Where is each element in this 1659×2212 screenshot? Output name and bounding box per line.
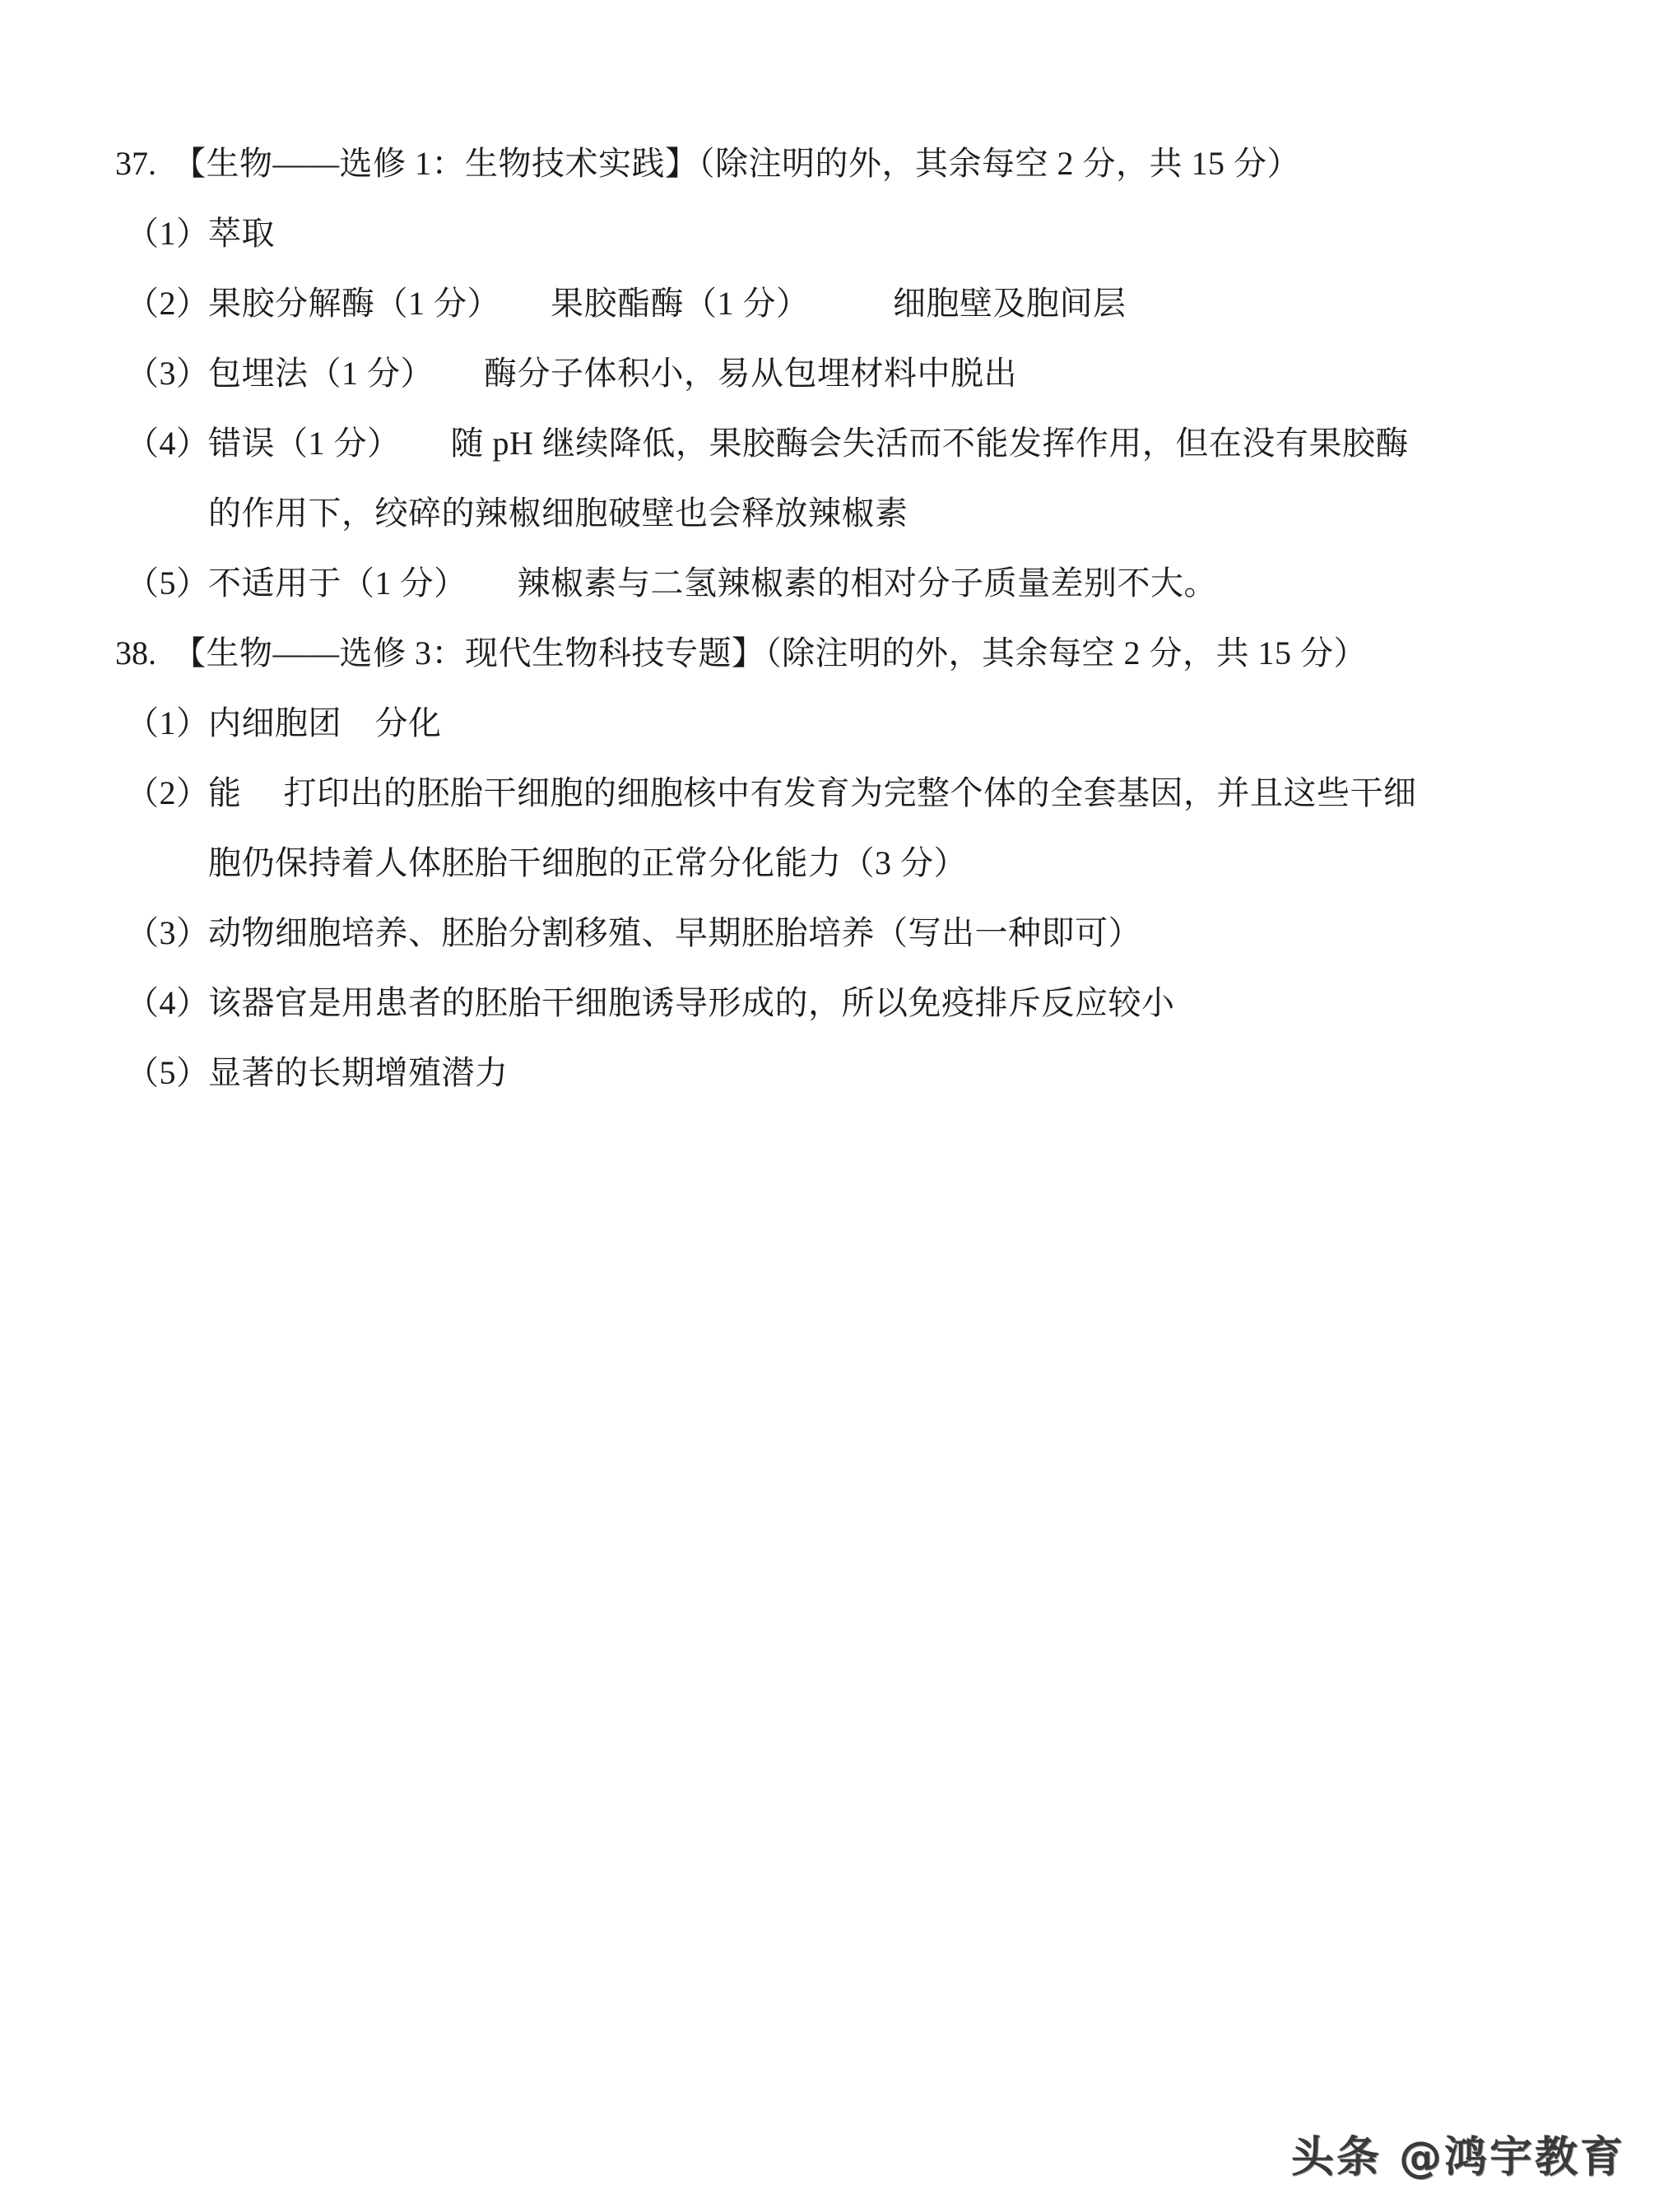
q38-item-5: （5）显著的长期增殖潜力 [0,1038,1659,1108]
question-38-title: 【生物——选修 3：现代生物科技专题】（除注明的外，其余每空 2 分，共 15 … [173,634,1367,671]
question-37-number: 37. [115,128,173,198]
q37-item-4-continuation: 的作用下，绞碎的辣椒细胞破壁也会释放辣椒素 [0,478,1659,548]
q37-item-3-marker: （3） [126,338,208,408]
q37-item-3: （3）包埋法（1 分） 酶分子体积小，易从包埋材料中脱出 [0,338,1659,408]
q38-item-2-continuation: 胞仍保持着人体胚胎干细胞的正常分化能力（3 分） [0,828,1659,898]
q38-item-3-marker: （3） [126,898,208,968]
q38-item-5-answer: 显著的长期增殖潜力 [208,1054,509,1091]
q38-item-2-answer-line-1: 能 打印出的胚胎干细胞的细胞核中有发育为完整个体的全套基因，并且这些干细 [208,774,1417,811]
q38-item-4-marker: （4） [126,968,208,1038]
q38-item-1: （1）内细胞团 分化 [0,688,1659,758]
q37-item-1-marker: （1） [126,198,208,268]
watermark-text: 头条 @鸿宇教育 [1291,2122,1625,2184]
q38-item-3-answer: 动物细胞培养、胚胎分割移殖、早期胚胎培养（写出一种即可） [208,914,1141,951]
q37-item-2-marker: （2） [126,268,208,338]
q37-item-1-answer: 萃取 [208,215,275,252]
q38-item-2-answer-line-2: 胞仍保持着人体胚胎干细胞的正常分化能力（3 分） [208,844,967,881]
q37-item-5-marker: （5） [126,548,208,618]
q38-item-3: （3）动物细胞培养、胚胎分割移殖、早期胚胎培养（写出一种即可） [0,898,1659,968]
question-37-title: 【生物——选修 1：生物技术实践】（除注明的外，其余每空 2 分，共 15 分） [173,145,1300,182]
question-37-header: 37.【生物——选修 1：生物技术实践】（除注明的外，其余每空 2 分，共 15… [0,128,1659,198]
q38-item-2: （2）能 打印出的胚胎干细胞的细胞核中有发育为完整个体的全套基因，并且这些干细 [0,758,1659,828]
q37-item-2: （2）果胶分解酶（1 分） 果胶酯酶（1 分） 细胞壁及胞间层 [0,268,1659,338]
question-38: 38.【生物——选修 3：现代生物科技专题】（除注明的外，其余每空 2 分，共 … [0,618,1659,1108]
q37-item-4-answer-line-1: 错误（1 分） 随 pH 继续降低，果胶酶会失活而不能发挥作用，但在没有果胶酶 [208,425,1409,462]
q37-item-2-answer: 果胶分解酶（1 分） 果胶酯酶（1 分） 细胞壁及胞间层 [208,285,1127,322]
q38-item-1-answer: 内细胞团 分化 [208,704,442,741]
q38-item-2-marker: （2） [126,758,208,828]
question-38-header: 38.【生物——选修 3：现代生物科技专题】（除注明的外，其余每空 2 分，共 … [0,618,1659,688]
q37-item-4-marker: （4） [126,408,208,478]
q38-item-1-marker: （1） [126,688,208,758]
question-38-number: 38. [115,618,173,688]
q37-item-3-answer: 包埋法（1 分） 酶分子体积小，易从包埋材料中脱出 [208,355,1017,392]
document-page: 37.【生物——选修 1：生物技术实践】（除注明的外，其余每空 2 分，共 15… [0,128,1659,1108]
q38-item-4-answer: 该器官是用患者的胚胎干细胞诱导形成的，所以免疫排斥反应较小 [208,984,1175,1021]
q37-item-5-answer: 不适用于（1 分） 辣椒素与二氢辣椒素的相对分子质量差别不大。 [208,565,1217,602]
q38-item-4: （4）该器官是用患者的胚胎干细胞诱导形成的，所以免疫排斥反应较小 [0,968,1659,1038]
question-37: 37.【生物——选修 1：生物技术实践】（除注明的外，其余每空 2 分，共 15… [0,128,1659,618]
q38-item-5-marker: （5） [126,1038,208,1108]
q37-item-5: （5）不适用于（1 分） 辣椒素与二氢辣椒素的相对分子质量差别不大。 [0,548,1659,618]
q37-item-4: （4）错误（1 分） 随 pH 继续降低，果胶酶会失活而不能发挥作用，但在没有果… [0,408,1659,478]
q37-item-4-answer-line-2: 的作用下，绞碎的辣椒细胞破壁也会释放辣椒素 [208,495,908,532]
q37-item-1: （1）萃取 [0,198,1659,268]
